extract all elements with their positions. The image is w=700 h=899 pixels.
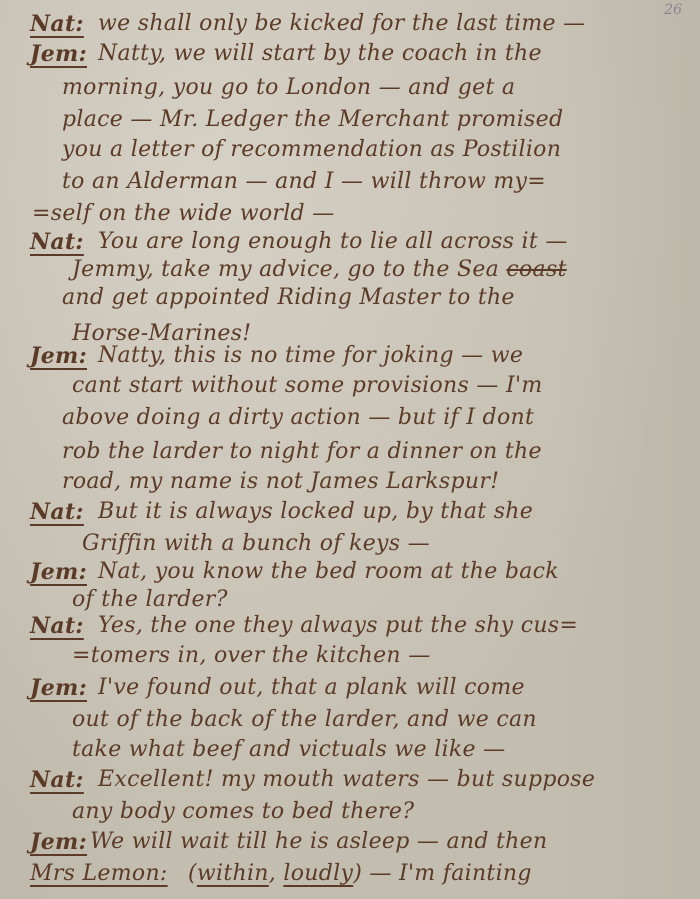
- line-text: and get appointed Riding Master to the: [62, 278, 515, 318]
- manuscript-page: 26 Nat: we shall only be kicked for the …: [0, 0, 700, 899]
- speaker-name: Mrs Lemon:: [30, 854, 168, 894]
- stage-direction: (within, loudly) — I'm fainting: [188, 854, 532, 894]
- dialogue-line: Mrs Lemon: (within, loudly) — I'm fainti…: [0, 854, 700, 894]
- dialogue-line: and get appointed Riding Master to the: [0, 278, 700, 318]
